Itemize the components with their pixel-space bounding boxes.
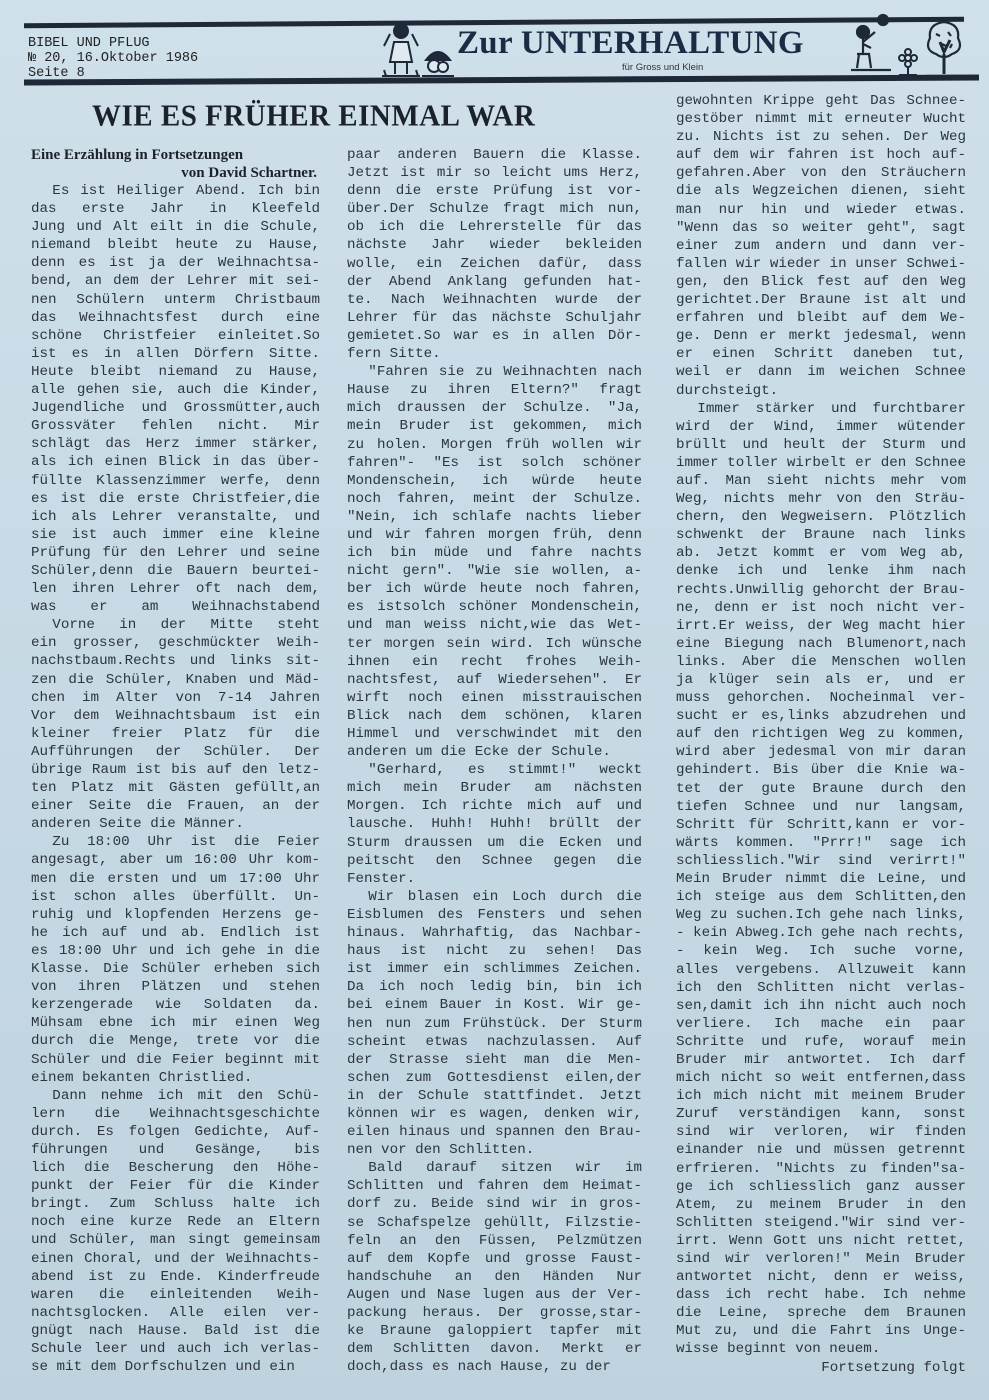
text-line: Lehrer für das nächste Schuljahr	[347, 309, 642, 327]
text-line: waren die einleitenden Weih-	[31, 1286, 320, 1304]
text-line: Vor dem Weihnachtsbaum ist ein	[31, 707, 320, 725]
text-line: ne, denn er ist noch nicht ver-	[676, 599, 966, 617]
text-line: einen Choral, und der Weihnachts-	[31, 1250, 320, 1268]
text-line: ob ich die Lehrerstelle für das	[347, 218, 642, 236]
text-line: die Leine, spreche dem Braunen	[676, 1304, 966, 1322]
text-line: Heute bleibt niemand zu Hause,	[31, 363, 320, 381]
publication-name: BIBEL UND PFLUG	[28, 36, 198, 51]
text-line: bringt. Zum Schluss halte ich	[31, 1195, 320, 1213]
text-line: Jetzt ist mir so leicht ums Herz,	[347, 164, 642, 182]
text-line: te. Nach Weihnachten wurde der	[347, 291, 642, 309]
text-line: noch fahren, meint der Schulze.	[347, 490, 642, 508]
text-line: Prüfung für den Lehrer und seine	[31, 544, 320, 562]
text-line: auf. Man sieht nichts mehr vom	[676, 472, 966, 490]
text-line: zu. Nichts ist zu sehen. Der Weg	[676, 128, 966, 146]
text-line: brüllt und heult der Sturm und	[676, 436, 966, 454]
text-line: Schlitten steigend."Wir sind ver-	[676, 1214, 966, 1232]
text-line: ist es in allen Dörfern Sitte.	[31, 345, 320, 363]
text-line: Wir blasen ein Loch durch die	[347, 888, 642, 906]
text-line: muss gehorchen. Nocheinmal ver-	[676, 689, 966, 707]
text-line: Da ich noch ledig bin, bin ich	[347, 978, 642, 996]
text-line: antwortet nicht, denn er weiss,	[676, 1268, 966, 1286]
text-line: mein Bruder ist gekommen, mich	[347, 417, 642, 435]
text-line: sind wir verloren!" Mein Bruder	[676, 1250, 966, 1268]
text-line: noch eine kurze Rede an Eltern	[31, 1213, 320, 1231]
text-line: auf dem Kopfe und grosse Faust-	[347, 1250, 642, 1268]
text-line: rechts.Unwillig gehorcht der Brau-	[676, 581, 966, 599]
text-line: das Weihnachtsfest durch eine	[31, 309, 320, 327]
text-line: schlägt das Herz immer stärker,	[31, 435, 320, 453]
article-subtitle: Eine Erzählung in Fortsetzungen von Davi…	[31, 146, 320, 182]
text-line: - kein Abweg.Ich gehe nach rechts,	[676, 924, 966, 942]
text-line: denn die erste Prüfung ist vor-	[347, 182, 642, 200]
flower-icon	[895, 48, 921, 78]
text-line: die als Wegzeichen dienen, sieht	[676, 182, 966, 200]
text-line: gestöber nimmt mit erneuter Wucht	[676, 110, 966, 128]
text-line: Schüler und die Feier beginnt mit	[31, 1051, 320, 1069]
text-line: links. Aber die Menschen wollen	[676, 653, 966, 671]
boy-with-ball-icon	[845, 12, 895, 74]
subtitle-line-1: Eine Erzählung in Fortsetzungen	[31, 147, 243, 163]
text-line: ist immer ein schlimmes Zeichen.	[347, 960, 642, 978]
girl-doll-icon	[380, 20, 422, 78]
article-column-2: paar anderen Bauern die Klasse.Jetzt ist…	[347, 146, 642, 1376]
text-line: erfrieren. "Nichts zu finden"sa-	[676, 1160, 966, 1178]
article-column-1: Eine Erzählung in Fortsetzungen von Davi…	[31, 146, 320, 1376]
text-line: he ich auf und ab. Endlich ist	[31, 924, 320, 942]
text-line: der Abend Anklang gefunden hat-	[347, 273, 642, 291]
text-line: übrige Raum ist bis auf den letz-	[31, 761, 320, 779]
text-line: mich nicht so weit entfernen,dass	[676, 1069, 966, 1087]
text-line: durchsteigt.	[676, 382, 966, 400]
text-line: schen zum Gottesdienst eilen,der	[347, 1069, 642, 1087]
text-line: peitscht den Schnee gegen die	[347, 852, 642, 870]
text-line: ke Braune galoppiert tapfer mit	[347, 1322, 642, 1340]
text-line: ist schon alles überfüllt. Un-	[31, 888, 320, 906]
text-line: von ihren Plätzen und stehen	[31, 978, 320, 996]
issue-date: № 20, 16.Oktober 1986	[28, 51, 198, 66]
text-line: Atem, zu meinem Bruder in den	[676, 1196, 966, 1214]
text-line: Jung und Alt eilt in die Schule,	[31, 218, 320, 236]
text-line: Schüler,denn die Bauern beurtei-	[31, 562, 320, 580]
text-line: "Fahren sie zu Weihnachten nach	[347, 363, 642, 381]
text-line: Fenster.	[347, 870, 642, 888]
text-line: haus ist nicht zu sehen! Das	[347, 942, 642, 960]
text-line: nen Schülern unterm Christbaum	[31, 291, 320, 309]
text-line: der Strasse sieht man die Men-	[347, 1051, 642, 1069]
text-line: chen im Alter von 7-14 Jahren	[31, 689, 320, 707]
text-line: ter morgen sein wird. Ich wünsche	[347, 635, 642, 653]
text-line: können wir es wagen, denken wir,	[347, 1105, 642, 1123]
text-line: als ich einen Blick in das über-	[31, 453, 320, 471]
text-line: und Schüler, man singt gemeinsam	[31, 1231, 320, 1249]
text-line: es 18:00 Uhr und ich gehe in die	[31, 942, 320, 960]
text-line: gefahren.Aber von den Sträuchern	[676, 164, 966, 182]
text-line: schwenkt der Braune nach links	[676, 526, 966, 544]
publication-info: BIBEL UND PFLUG № 20, 16.Oktober 1986 Se…	[28, 36, 198, 81]
text-line: wirft noch einen misstrauischen	[347, 689, 642, 707]
text-line: gemietet.So war es in allen Dör-	[347, 327, 642, 345]
text-line: Weg, nichts mehr von den Sträu-	[676, 490, 966, 508]
text-line: Morgen. Ich richte mich auf und	[347, 797, 642, 815]
text-line: Mondenschein, ich würde heute	[347, 472, 642, 490]
text-line: ruhig und klopfenden Herzens ge-	[31, 906, 320, 924]
text-line: nachstbaum.Rechts und links sit-	[31, 652, 320, 670]
text-line: ich mich nicht mit meinem Bruder durch	[676, 1087, 966, 1105]
text-line: ihnen ein recht frohes Weih-	[347, 653, 642, 671]
text-line: Sturm draussen um die Ecken und	[347, 834, 642, 852]
text-line: hinaus. Wahrhaftig, das Nachbar-	[347, 924, 642, 942]
text-line: wird aber jedesmal von mir daran	[676, 743, 966, 761]
text-line: auf den richtigen Weg zu kommen,	[676, 725, 966, 743]
text-line: lich die Bescherung den Höhe-	[31, 1159, 320, 1177]
text-line: "Gerhard, es stimmt!" weckt	[347, 761, 642, 779]
continuation-note: Fortsetzung folgt	[676, 1359, 966, 1377]
text-line: dem Schlitten davon. Merkt er	[347, 1340, 642, 1358]
text-line: gerichtet.Der Braune ist alt und	[676, 291, 966, 309]
text-line: Schritte und rufe, worauf mein	[676, 1033, 966, 1051]
text-line: wird der Wind, immer wütender	[676, 418, 966, 436]
text-line: irrt. Wenn Gott uns nicht rettet,	[676, 1232, 966, 1250]
text-line: Immer stärker und furchtbarer	[676, 400, 966, 418]
text-line: auf dem wir fahren ist hoch auf-	[676, 146, 966, 164]
text-line: Mein Bruder nimmt die Leine, und	[676, 870, 966, 888]
text-line: Dann nehme ich mit den Schü-	[31, 1087, 320, 1105]
text-line: eilen hinaus und spannen den Brau-	[347, 1123, 642, 1141]
text-line: und man weiss nicht,wie das Wet-	[347, 616, 642, 634]
text-line: Bald darauf sitzen wir im	[347, 1159, 642, 1177]
text-line: doch,dass es nach Hause, zu der	[347, 1358, 642, 1376]
text-line: mich mein Bruder am nächsten	[347, 779, 642, 797]
text-line: Schlitten und fahren dem Heimat-	[347, 1177, 642, 1195]
text-line: nächste Jahr wieder bekleiden	[347, 236, 642, 254]
text-line: niemand bleibt heute zu Hause,	[31, 236, 320, 254]
text-line: sen,damit ich ihn nicht auch noch	[676, 997, 966, 1015]
text-line: se mit dem Dorfschulzen und ein	[31, 1358, 320, 1376]
text-line: "Nein, ich schlafe nachts lieber	[347, 508, 642, 526]
text-line: Grossväter fehlen nicht. Mir	[31, 417, 320, 435]
article-title: WIE ES FRÜHER EINMAL WAR	[92, 99, 535, 134]
text-line: ten Platz mit Gästen gefüllt,an	[31, 779, 320, 797]
text-line: durch. Es folgen Gedichte, Auf-	[31, 1123, 320, 1141]
text-line: Klasse. Die Schüler erheben sich	[31, 960, 320, 978]
text-line: kerzengerade wie Soldaten da.	[31, 996, 320, 1014]
text-line: lern die Weihnachtsgeschichte	[31, 1105, 320, 1123]
text-line: hen nun zum Frühstück. Der Sturm	[347, 1015, 642, 1033]
text-line: in der Schule stattfindet. Jetzt	[347, 1087, 642, 1105]
text-line: ja klüger sein als er, und er	[676, 671, 966, 689]
text-line: tiefen Schnee und nur langsam,	[676, 798, 966, 816]
text-line: bend, an dem der Lehrer mit sei-	[31, 272, 320, 290]
text-line: nen vor den Schlitten.	[347, 1141, 642, 1159]
text-line: schöne Christfeier einleitet.So	[31, 327, 320, 345]
text-line: punkt der Feier für die Kinder	[31, 1177, 320, 1195]
text-line: ich bin müde und fahre nachts	[347, 544, 642, 562]
text-line: anderen Seite die Männer.	[31, 815, 320, 833]
text-line: erfahren und bleibt auf dem We-	[676, 309, 966, 327]
text-line: sie ist auch immer eine kleine	[31, 526, 320, 544]
text-line: nicht gern". "Wie sie wollen, a-	[347, 562, 642, 580]
text-line: immer toller wirbelt er den Schnee	[676, 454, 966, 472]
text-line: was er am Weihnachstabend leistet.	[31, 598, 320, 616]
text-line: Schritt für Schritt,kann er vor-	[676, 816, 966, 834]
text-line: abend ist zu Ende. Kinderfreude	[31, 1268, 320, 1286]
text-line: ge. Denn er merkt jedesmal, wenn	[676, 327, 966, 345]
text-line: dorf zu. Beide sind wir in gros-	[347, 1195, 642, 1213]
text-line: zen die Schüler, Knaben und Mäd-	[31, 671, 320, 689]
text-line: Schule leer und auch ich verlas-	[31, 1340, 320, 1358]
section-title: Zur UNTERHALTUNG	[457, 25, 804, 62]
text-line: dass ich recht habe. Ich nehme	[676, 1286, 966, 1304]
text-line: Himmel und verschwindet mit den	[347, 725, 642, 743]
text-line: Weg zu suchen.Ich gehe nach links,	[676, 906, 966, 924]
text-line: lausche. Huhh! Huhh! brüllt der	[347, 815, 642, 833]
text-line: gnügt nach Hause. Bald ist die	[31, 1322, 320, 1340]
text-line: Jugendliche und Grossmütter,auch	[31, 399, 320, 417]
text-line: ber ich würde heute noch fahren,	[347, 580, 642, 598]
text-line: einer zum andern und dann ver-	[676, 237, 966, 255]
author-byline: von David Schartner.	[31, 164, 320, 182]
article-column-3: gewohnten Krippe geht Das Schnee-gestöbe…	[676, 92, 966, 1377]
text-line: chern, den Wegweisern. Plötzlich	[676, 508, 966, 526]
column-1-text: Es ist Heiliger Abend. Ich bindas erste …	[31, 182, 320, 1376]
text-line: wärts kommen. "Prrr!" sage ich	[676, 834, 966, 852]
text-line: Zuruf verständigen kann, sonst	[676, 1105, 966, 1123]
child-peeking-icon	[422, 44, 454, 78]
text-line: Blick nach dem schönen, klaren	[347, 707, 642, 725]
text-line: er einen Schritt daneben tut,	[676, 345, 966, 363]
text-line: sind wir verloren, wir finden	[676, 1123, 966, 1141]
text-line: tet der gute Braune durch den	[676, 780, 966, 798]
text-line: führungen und Gesänge, bis schliess-	[31, 1141, 320, 1159]
text-line: Es ist Heiliger Abend. Ich bin	[31, 182, 320, 200]
text-line: einem bekanten Christlied.	[31, 1069, 320, 1087]
text-line: sucht er es,links abzudrehen und	[676, 707, 966, 725]
text-line: feln an den Füssen, Pelzmützen	[347, 1232, 642, 1250]
text-line: es ist die erste Christfeier,die	[31, 490, 320, 508]
text-line: ich als Lehrer veranstalte, und	[31, 508, 320, 526]
text-line: alle gehen sie, auch die Kinder,	[31, 381, 320, 399]
text-line: len ihren Lehrer oft nach dem,	[31, 580, 320, 598]
text-line: weil er dann im weichen Schnee	[676, 363, 966, 381]
text-line: Augen und Nase lugen aus der Ver-	[347, 1286, 642, 1304]
text-line: wolle, ein Zeichen dafür, dass	[347, 255, 642, 273]
text-line: gewohnten Krippe geht Das Schnee-	[676, 92, 966, 110]
section-subtitle: für Gross und Klein	[622, 62, 703, 73]
text-line: kleiner freier Platz für die	[31, 725, 320, 743]
text-line: paar anderen Bauern die Klasse.	[347, 146, 642, 164]
text-line: men die ersten und um 17:00 Uhr	[31, 870, 320, 888]
text-line: Eisblumen des Fensters und sehen	[347, 906, 642, 924]
text-line: Vorne in der Mitte steht	[31, 616, 320, 634]
text-line: - kein Weg. Ich suche vorne, hinten -	[676, 942, 966, 960]
masthead: BIBEL UND PFLUG № 20, 16.Oktober 1986 Se…	[12, 12, 977, 87]
text-line: es istsolch schöner Mondenschein,	[347, 598, 642, 616]
text-line: fern Sitte.	[347, 345, 642, 363]
column-2-text: paar anderen Bauern die Klasse.Jetzt ist…	[347, 146, 642, 1376]
text-line: Hause zu ihren Eltern?" fragt	[347, 381, 642, 399]
text-line: irrt.Er weiss, der Weg macht hier	[676, 617, 966, 635]
text-line: Mut zu, und die Fahrt ins Unge-	[676, 1322, 966, 1340]
text-line: denke ich und lenke ihm nach	[676, 562, 966, 580]
text-line: gen, den Blick fest auf den Weg	[676, 273, 966, 291]
text-line: bei einem Bauer in Kost. Wir ge-	[347, 996, 642, 1014]
text-line: se Schafspelze gehüllt, Filzstie-	[347, 1214, 642, 1232]
text-line: einer Seite die Frauen, an der	[31, 797, 320, 815]
text-line: gehindert. Bis über die Knie wa-	[676, 761, 966, 779]
text-line: ich steige aus dem Schlitten,den	[676, 888, 966, 906]
text-line: Zu 18:00 Uhr ist die Feier	[31, 833, 320, 851]
text-line: man nur hin und wieder etwas.	[676, 201, 966, 219]
text-line: einander nie und müssen getrennt	[676, 1141, 966, 1159]
text-line: verliere. Ich mache ein paar	[676, 1015, 966, 1033]
text-line: denn es ist ja der Weihnachtsa-	[31, 254, 320, 272]
text-line: ich den Schlitten nicht verlas-	[676, 979, 966, 997]
text-line: nachtsglocken. Alle eilen ver-	[31, 1304, 320, 1322]
text-line: Bruder mir antwortet. Ich darf	[676, 1051, 966, 1069]
text-line: wisse beginnt von neuem.	[676, 1340, 966, 1358]
text-line: "Wenn das so weiter geht", sagt	[676, 219, 966, 237]
tree-icon	[922, 18, 966, 80]
column-3-text: gewohnten Krippe geht Das Schnee-gestöbe…	[676, 92, 966, 1359]
text-line: durch die Menge, trete vor die	[31, 1032, 320, 1050]
text-line: anderen um die Ecke der Schule.	[347, 743, 642, 761]
text-line: über.Der Schulze fragt mich nun,	[347, 200, 642, 218]
text-line: scheint etwas nachzulassen. Auf	[347, 1033, 642, 1051]
text-line: alles vergebens. Allzuweit kann	[676, 961, 966, 979]
text-line: zu holen. Morgen früh wollen wir	[347, 436, 642, 454]
text-line: angesagt, aber um 16:00 Uhr kom-	[31, 851, 320, 869]
text-line: das erste Jahr in Kleefeld Lehrer.	[31, 200, 320, 218]
text-line: handschuhe an den Händen Nur	[347, 1268, 642, 1286]
text-line: fahren"- "Es ist solch schöner	[347, 454, 642, 472]
text-line: mich draussen der Schulze. "Ja,	[347, 399, 642, 417]
text-line: füllte Klassenzimmer werfe, denn	[31, 472, 320, 490]
text-line: nachtsfest, auf Wiedersehen". Er	[347, 671, 642, 689]
text-line: eine Biegung nach Blumenort,nach	[676, 635, 966, 653]
text-line: ein grosser, geschmückter Weih-	[31, 634, 320, 652]
text-line: Mühsam ebne ich mir einen Weg	[31, 1014, 320, 1032]
text-line: Aufführungen der Schüler. Der	[31, 743, 320, 761]
text-line: schliesslich."Wir sind verirrt!"	[676, 852, 966, 870]
text-line: ge ich schliesslich ganz ausser	[676, 1178, 966, 1196]
text-line: und wir fahren morgen früh, denn	[347, 526, 642, 544]
text-line: ab. Jetzt kommt er vom Weg ab,	[676, 544, 966, 562]
text-line: packung heraus. Der grosse,star-	[347, 1304, 642, 1322]
text-line: fallen wir wieder in unser Schwei-	[676, 255, 966, 273]
